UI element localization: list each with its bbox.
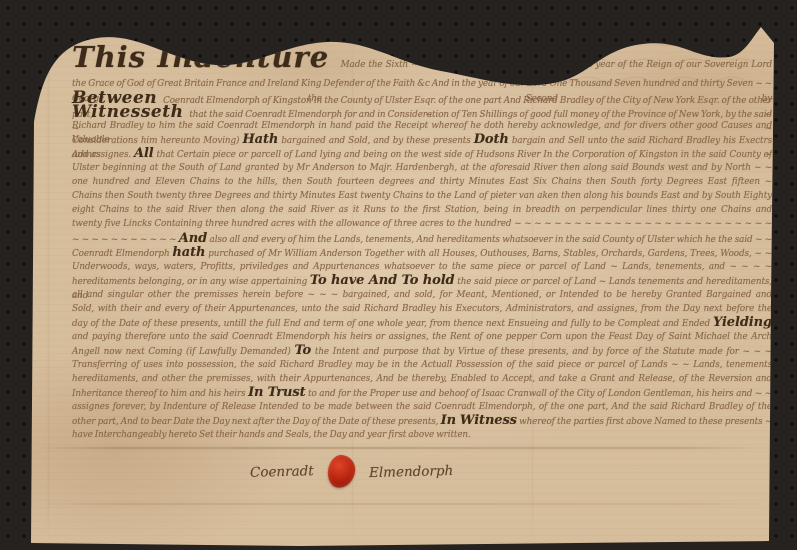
deed-text-segment: ~ ~ ~ ~ ~ ~ ~ ~ ~ ~ ~	[72, 235, 179, 245]
deed-line: Inheritance thereof to him and his heirs…	[72, 386, 772, 400]
deed-line: and paying therefore unto the said Coenr…	[72, 330, 772, 344]
deed-line: Ulster beginning at the South of Land gr…	[72, 161, 772, 175]
deed-text-segment: Transferring of uses into possession, th…	[72, 360, 772, 370]
deed-text-segment: Considerations him hereunto Moving)	[72, 136, 242, 146]
signature-last-name: Elmendorph	[369, 462, 454, 480]
deed-text-segment: other part, And to bear Date the Day nex…	[72, 417, 441, 427]
deed-line: Underwoods, ways, waters, Profitts, priv…	[72, 260, 772, 274]
red-wax-seal	[326, 454, 356, 490]
deed-text-segment: and paying therefore unto the said Coenr…	[72, 332, 772, 342]
deed-text-segment: Chains then South twenty three Degrees a…	[72, 191, 772, 201]
fold-crease	[48, 34, 49, 542]
deed-line: ~ ~ ~ ~ ~ ~ ~ ~ ~ ~ ~ And also all and e…	[72, 232, 772, 246]
deed-text-segment: to and for the Proper use and behoof of …	[306, 389, 772, 399]
deed-text-segment: and assignes.	[72, 150, 134, 160]
deed-emphasis-word: And	[179, 231, 207, 246]
deed-emphasis-word: To have And To hold	[310, 273, 455, 288]
deed-text-segment: purchased of Mr William Anderson Togethe…	[205, 249, 772, 259]
parchment-paper: This Indenture Made the Sixth ~ ~ ~ ~ ~ …	[0, 0, 797, 550]
deed-line: assignes forever, by Indenture of Releas…	[72, 400, 772, 414]
deed-line: and assignes. All that Certain piece or …	[72, 147, 772, 161]
deed-text-segment: day of the Date of these presents, until…	[72, 319, 713, 329]
deed-text-segment: Coenradt Elmendorph	[72, 249, 172, 259]
deed-emphasis-word: This Indenture	[72, 40, 341, 74]
signature-first-name: Coenradt	[250, 463, 314, 481]
deed-line: the Grace of God of Great Britain France…	[72, 77, 772, 91]
deed-text-segment: also all and every of him the Lands, ten…	[207, 235, 772, 245]
deed-text-segment: hereditaments belonging, or in any wise …	[72, 277, 310, 287]
deed-line: This Indenture Made the Sixth ~ ~ ~ ~ ~ …	[72, 40, 772, 77]
deed-line: hereditaments belonging, or in any wise …	[72, 274, 772, 288]
deed-text-segment: Angell now next Coming (if Lawfully Dema…	[72, 347, 294, 357]
deed-line: Chains then South twenty three Degrees a…	[72, 189, 772, 203]
deed-emphasis-word: In Witness	[441, 413, 517, 428]
deed-text-segment: bargained and Sold, and by these present…	[278, 136, 474, 146]
deed-line: Witnesseth that the said Coenradt Elmend…	[72, 105, 772, 119]
deed-text-segment: whereof the parties first above Named to…	[517, 417, 772, 427]
deed-emphasis-word: Doth	[474, 132, 509, 147]
deed-text-segment: have Interchangeably hereto Set their ha…	[72, 430, 471, 440]
deed-text-segment: assignes forever, by Indenture of Releas…	[72, 402, 772, 412]
deed-line: twenty five Lincks Containing three hund…	[72, 217, 772, 231]
deed-line: day of the Date of these presents, until…	[72, 316, 772, 330]
deed-line: hereditaments, and other the premisses, …	[72, 372, 772, 386]
deed-emphasis-word: To	[294, 343, 311, 358]
deed-line: Sold, with their and every of their Appu…	[72, 302, 772, 316]
deed-line: one hundred and Eleven Chains to the hil…	[72, 175, 772, 189]
deed-text-segment: hereditaments, and other the premisses, …	[72, 374, 772, 384]
deed-line: Richard Bradley to him the said Coenradt…	[72, 119, 772, 133]
deed-text-segment: eight Chains to the said River then alon…	[72, 205, 772, 215]
deed-text-segment: one hundred and Eleven Chains to the hil…	[72, 177, 772, 187]
deed-emphasis-word: All	[134, 146, 154, 161]
deed-text-segment: all and singular other the premisses her…	[72, 290, 772, 300]
deed-emphasis-word: hath	[172, 245, 205, 260]
deed-line: Transferring of uses into possession, th…	[72, 358, 772, 372]
deed-line: other part, And to bear Date the Day nex…	[72, 414, 772, 428]
deed-text-segment: Ulster beginning at the South of Land gr…	[72, 163, 772, 173]
deed-text-segment: that Certain piece or parcell of Land ly…	[154, 150, 772, 160]
deed-line: Coenradt Elmendorph hath purchased of Mr…	[72, 246, 772, 260]
deed-text-segment: twenty five Lincks Containing three hund…	[72, 219, 772, 229]
deed-text-segment: Underwoods, ways, waters, Profitts, priv…	[72, 262, 772, 272]
deed-text-segment: the Intent and purpose that by Virtue of…	[311, 347, 772, 357]
deed-line: Angell now next Coming (if Lawfully Dema…	[72, 344, 772, 358]
deed-line: eight Chains to the said River then alon…	[72, 203, 772, 217]
deed-text-segment: Sold, with their and every of their Appu…	[72, 304, 772, 314]
fold-crease	[36, 447, 767, 449]
deed-text-segment: Inheritance thereof to him and his heirs	[72, 389, 248, 399]
deed-emphasis-word: Yielding	[713, 315, 772, 330]
deed-emphasis-word: In Trust	[248, 385, 305, 400]
deed-text: This Indenture Made the Sixth ~ ~ ~ ~ ~ …	[72, 40, 772, 442]
deed-line: all and singular other the premisses her…	[72, 288, 772, 302]
photo-backdrop: { "colors": { "backdrop": "#262220", "do…	[0, 0, 797, 550]
fold-crease	[36, 503, 767, 505]
deed-line: Considerations him hereunto Moving) Hath…	[72, 133, 772, 147]
signature-block: Coenradt Elmendorph	[250, 455, 453, 488]
deed-emphasis-word: Hath	[242, 132, 278, 147]
